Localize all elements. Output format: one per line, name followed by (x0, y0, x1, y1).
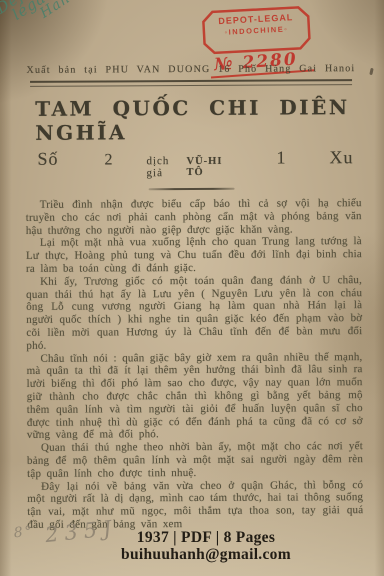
paragraph-3: Khi ấy, Trương giốc có một toán quân đan… (26, 274, 362, 353)
issue-label: Số (37, 149, 58, 170)
publisher-line: Xuất bản tại PHU VAN DUONG 16 Phố Hàng G… (0, 63, 383, 76)
scanned-book-cover-page: Dépôt légal Hanoy DEPOT-LEGAL ◦INDOCHINE… (0, 0, 384, 576)
printed-content: Xuất bản tại PHU VAN DUONG 16 Phố Hàng G… (0, 0, 384, 532)
footer-meta-line: 1937 | PDF | 8 Pages (28, 530, 384, 547)
paragraph-5: Quan thái thú nghe theo nhời bàn ấy, một… (27, 440, 363, 480)
issue-line: Số 2 dịch giả VŨ-HI TÔ 1 Xu (37, 147, 353, 180)
price-number: 1 (276, 148, 285, 169)
paragraph-4: Châu tĩnh nói : quân giặc bây giờ xem ra… (26, 351, 362, 442)
price-unit: Xu (329, 147, 353, 168)
watermark-footer: 1937 | PDF | 8 Pages buihuuhanh@gmail.co… (0, 530, 384, 563)
page-title: TAM QUỐC CHI DIÊN NGHĨA (35, 95, 383, 145)
paragraph-2: Lại một mặt nhà vua xuống lệnh cho quan … (26, 236, 362, 276)
translator-label: dịch giả (146, 155, 178, 179)
double-rule-divider (30, 79, 352, 87)
body-text: Triều đình nhận được biểu cấp báo thì cả… (26, 197, 364, 531)
translator-name: VŨ-HI TÔ (186, 156, 228, 178)
section-divider (149, 188, 235, 190)
footer-email: buihuuhanh@gmail.com (28, 547, 384, 564)
issue-number: 2 (104, 151, 112, 169)
paragraph-1: Triều đình nhận được biểu cấp báo thì cả… (26, 197, 362, 237)
